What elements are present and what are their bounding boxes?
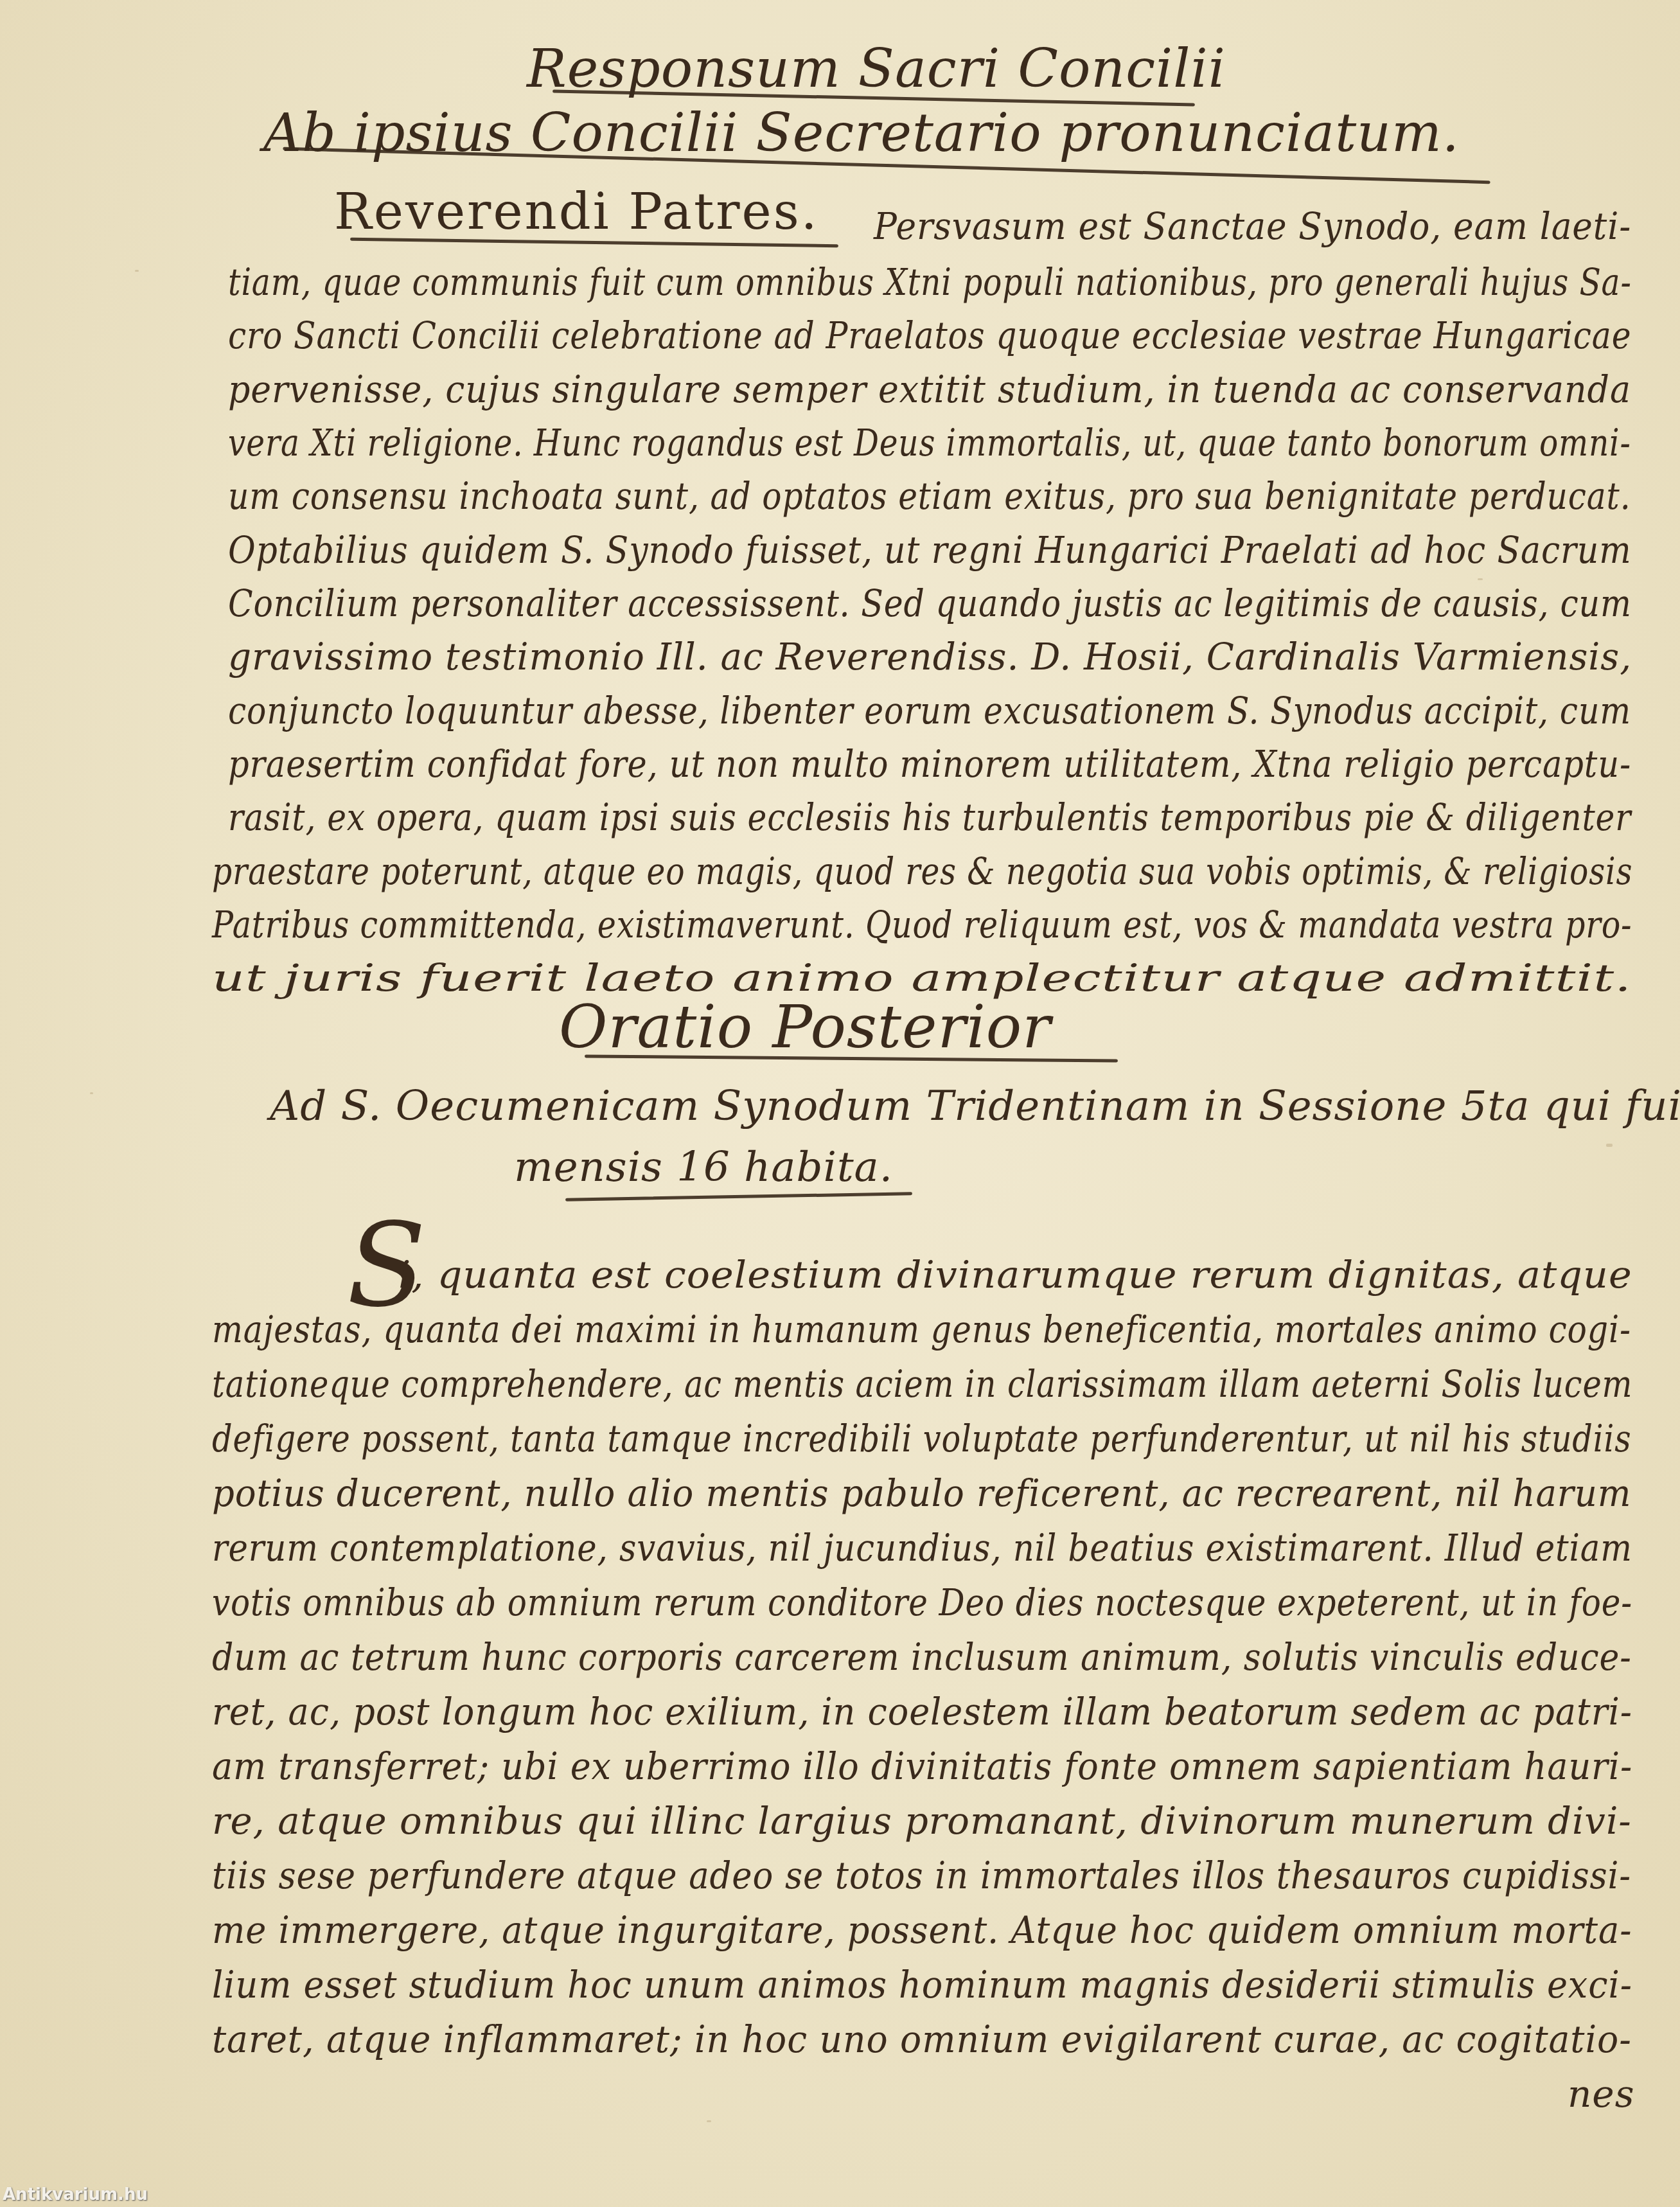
watermark-text: Antikvarium.hu xyxy=(3,2185,148,2204)
section1-line: praesertim confidat fore, ut non multo m… xyxy=(228,742,1631,786)
paper-fleck xyxy=(90,1092,93,1094)
section2-line: majestas, quanta dei maximi in humanum g… xyxy=(212,1307,1631,1351)
manuscript-page: Responsum Sacri Concilii Ab ipsius Conci… xyxy=(0,0,1680,2207)
section2-line: defigere possent, tanta tamque incredibi… xyxy=(212,1417,1631,1460)
paper-fleck xyxy=(135,270,139,272)
section1-line: vera Xti religione. Hunc rogandus est De… xyxy=(228,421,1631,465)
section2-subheading-1: Ad S. Oecumenicam Synodum Tridentinam in… xyxy=(270,1083,1680,1130)
section2-line: re, atque omnibus qui illinc largius pro… xyxy=(212,1799,1632,1843)
paper-fleck xyxy=(1478,578,1483,580)
section2-line: lium esset studium hoc unum animos homin… xyxy=(212,1963,1632,2007)
section1-line: conjuncto loquuntur abesse, libenter eor… xyxy=(228,689,1631,732)
section2-line: taret, atque inflammaret; in hoc uno omn… xyxy=(212,2017,1632,2061)
section2-heading: Oratio Posterior xyxy=(559,993,1051,1061)
section2-line: dum ac tetrum hunc corporis carcerem inc… xyxy=(212,1635,1632,1679)
section2-line: rerum contemplatione, svavius, nil jucun… xyxy=(212,1526,1632,1570)
section1-line: cro Sancti Concilii celebratione ad Prae… xyxy=(228,314,1631,357)
section1-line: tiam, quae communis fuit cum omnibus Xtn… xyxy=(228,260,1632,304)
section2-line: potius ducerent, nullo alio mentis pabul… xyxy=(212,1471,1631,1515)
section2-subheading-2: mensis 16 habita. xyxy=(514,1144,893,1191)
section1-line: gravissimo testimonio Ill. ac Reverendis… xyxy=(228,635,1632,678)
section2-line: votis omnibus ab omnium rerum conditore … xyxy=(212,1581,1632,1624)
section2-line: me immergere, atque ingurgitare, possent… xyxy=(212,1908,1632,1952)
salutation: Reverendi Patres. xyxy=(334,183,819,241)
section2-line: tiis sese perfundere atque adeo se totos… xyxy=(212,1854,1631,1897)
paper-fleck xyxy=(1606,1144,1613,1147)
section1-line: Optabilius quidem S. Synodo fuisset, ut … xyxy=(228,528,1632,572)
subheading-underline xyxy=(565,1192,912,1201)
section2-line: ret, ac, post longum hoc exilium, in coe… xyxy=(212,1690,1632,1733)
section1-line: Patribus committenda, existimaverunt. Qu… xyxy=(212,903,1632,946)
section1-line: um consensu inchoata sunt, ad optatos et… xyxy=(228,474,1631,518)
section2-line: am transferret; ubi ex uberrimo illo div… xyxy=(212,1744,1632,1788)
section1-line: praestare poterunt, atque eo magis, quod… xyxy=(212,849,1632,893)
section1-line: Concilium personaliter accessissent. Sed… xyxy=(228,581,1632,625)
section2-line: i, quanta est coelestium divinarumque re… xyxy=(398,1253,1632,1297)
section1-line: pervenisse, cujus singulare semper extit… xyxy=(228,368,1631,411)
title-line-2: Ab ipsius Concilii Secretario pronunciat… xyxy=(263,103,1460,164)
section1-line: rasit, ex opera, quam ipsi suis ecclesii… xyxy=(228,795,1631,839)
paper-fleck xyxy=(707,2120,711,2122)
catchword: nes xyxy=(1568,2072,1634,2116)
title-line-1: Responsum Sacri Concilii xyxy=(527,39,1226,100)
section1-line: Persvasum est Sanctae Synodo, eam laeti- xyxy=(874,204,1631,248)
section2-line: tationeque comprehendere, ac mentis acie… xyxy=(212,1362,1632,1406)
